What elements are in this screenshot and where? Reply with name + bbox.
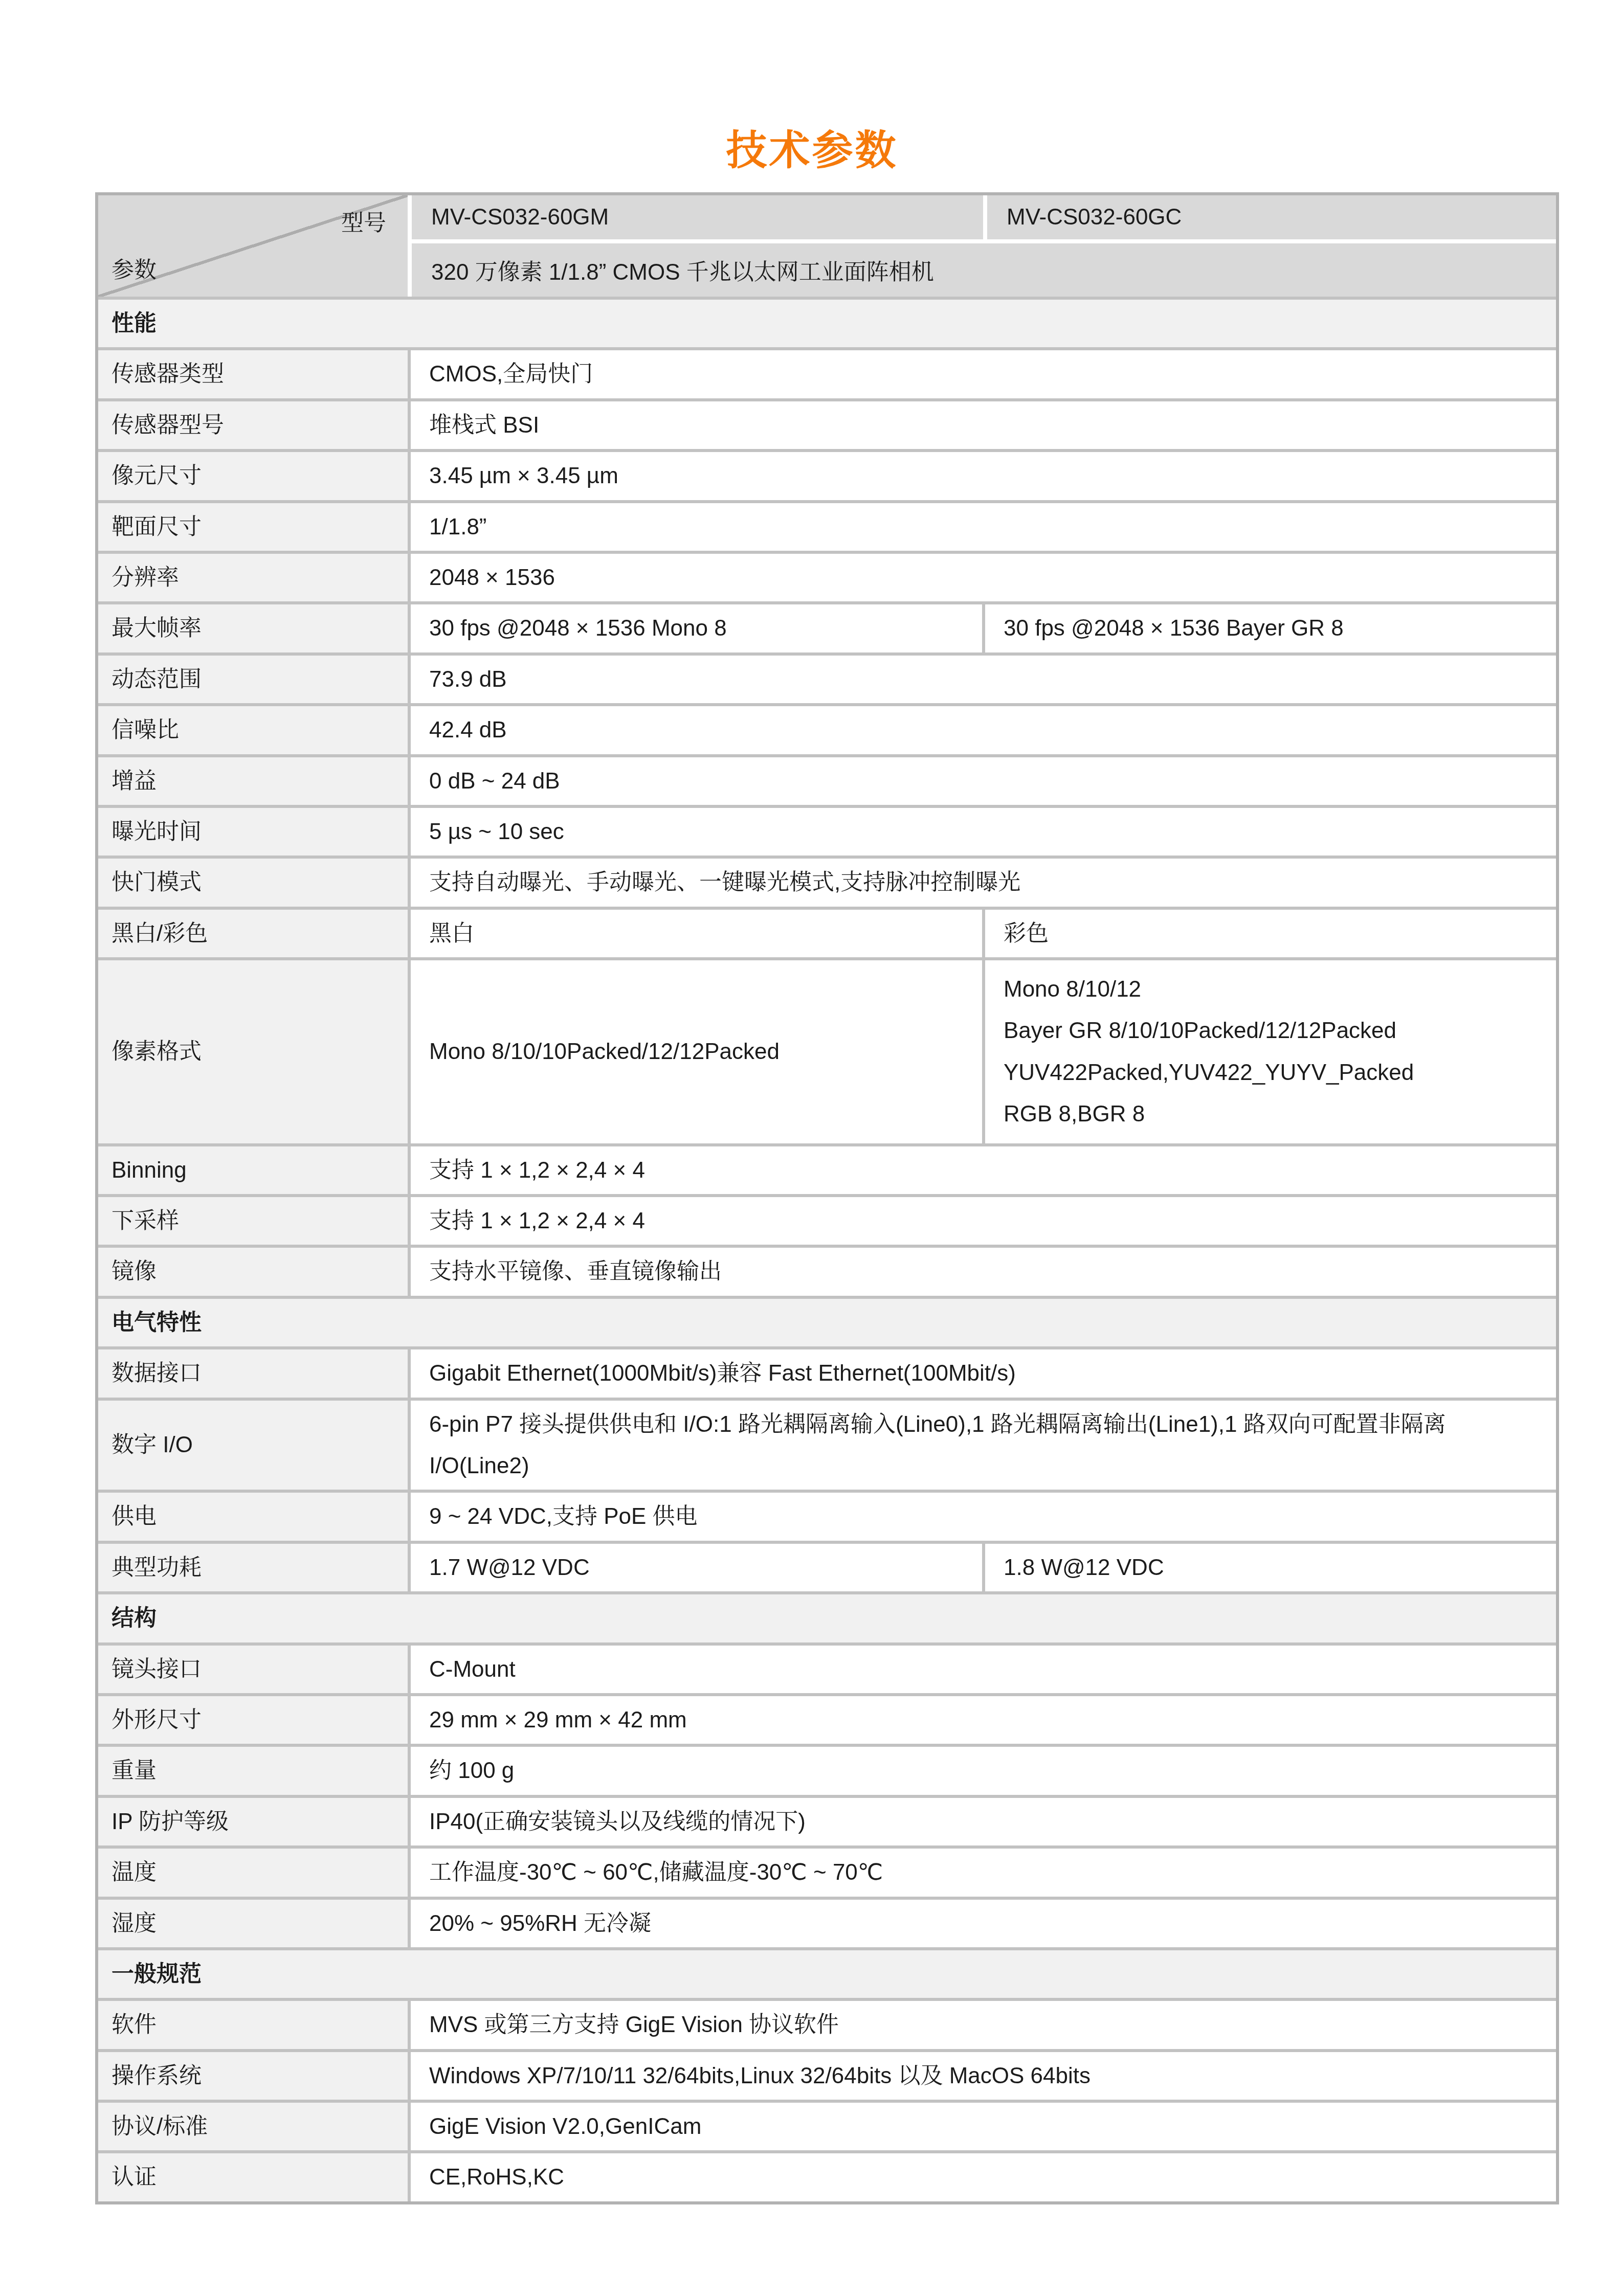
table-body: 性能传感器类型CMOS,全局快门传感器型号堆栈式 BSI像元尺寸3.45 µm … bbox=[98, 297, 1556, 2201]
spec-row-label: 外形尺寸 bbox=[98, 1696, 408, 1744]
spec-row-label: 传感器类型 bbox=[98, 350, 408, 398]
spec-row-value: 堆栈式 BSI bbox=[411, 401, 1556, 449]
spec-row-label: 下采样 bbox=[98, 1197, 408, 1245]
spec-row-label: 像素格式 bbox=[98, 960, 408, 1143]
spec-row-label: 湿度 bbox=[98, 1900, 408, 1947]
header-model-gc: MV-CS032-60GC bbox=[987, 195, 1556, 239]
spec-row-label: 协议/标准 bbox=[98, 2103, 408, 2150]
spec-row-label: 传感器型号 bbox=[98, 401, 408, 449]
header-corner-param-label: 参数 bbox=[112, 252, 157, 284]
spec-row-label: 操作系统 bbox=[98, 2052, 408, 2100]
spec-row-value: 42.4 dB bbox=[411, 706, 1556, 754]
spec-row-value-gm: 1.7 W@12 VDC bbox=[411, 1544, 982, 1591]
header-corner-cell: 型号 参数 bbox=[98, 195, 408, 297]
spec-row-value-gm: 30 fps @2048 × 1536 Mono 8 bbox=[411, 604, 982, 652]
spec-row-label: 分辨率 bbox=[98, 554, 408, 601]
spec-row-label: IP 防护等级 bbox=[98, 1798, 408, 1845]
spec-row-label: 典型功耗 bbox=[98, 1544, 408, 1591]
spec-row-label: 黑白/彩色 bbox=[98, 910, 408, 957]
spec-row-value: GigE Vision V2.0,GenICam bbox=[411, 2103, 1556, 2150]
spec-row-value-gc: Mono 8/10/12 Bayer GR 8/10/10Packed/12/1… bbox=[985, 960, 1556, 1143]
spec-row-value: 6-pin P7 接头提供供电和 I/O:1 路光耦隔离输入(Line0),1 … bbox=[411, 1401, 1556, 1490]
header-model-gm: MV-CS032-60GM bbox=[412, 195, 983, 239]
section-header: 结构 bbox=[98, 1594, 1556, 1642]
spec-row-value: CE,RoHS,KC bbox=[411, 2153, 1556, 2201]
spec-row-label: 像元尺寸 bbox=[98, 452, 408, 500]
spec-row-label: 软件 bbox=[98, 2001, 408, 2049]
spec-row-value: Gigabit Ethernet(1000Mbit/s)兼容 Fast Ethe… bbox=[411, 1349, 1556, 1397]
spec-row-value: 9 ~ 24 VDC,支持 PoE 供电 bbox=[411, 1493, 1556, 1540]
section-header: 电气特性 bbox=[98, 1299, 1556, 1346]
spec-row-label: 认证 bbox=[98, 2153, 408, 2201]
spec-row-value: 0 dB ~ 24 dB bbox=[411, 757, 1556, 805]
spec-row-value: CMOS,全局快门 bbox=[411, 350, 1556, 398]
spec-row-label: 增益 bbox=[98, 757, 408, 805]
spec-row-value: 73.9 dB bbox=[411, 656, 1556, 703]
spec-row-value: 支持自动曝光、手动曝光、一键曝光模式,支持脉冲控制曝光 bbox=[411, 859, 1556, 906]
spec-row-value: MVS 或第三方支持 GigE Vision 协议软件 bbox=[411, 2001, 1556, 2049]
section-header: 性能 bbox=[98, 300, 1556, 347]
spec-row-value-gc: 1.8 W@12 VDC bbox=[985, 1544, 1556, 1591]
spec-row-label: 最大帧率 bbox=[98, 604, 408, 652]
spec-row-value: 5 µs ~ 10 sec bbox=[411, 808, 1556, 856]
spec-row-value-gc: 彩色 bbox=[985, 910, 1556, 957]
section-header: 一般规范 bbox=[98, 1950, 1556, 1998]
spec-row-label: 镜头接口 bbox=[98, 1646, 408, 1693]
spec-row-value-gm: Mono 8/10/10Packed/12/12Packed bbox=[411, 960, 982, 1143]
spec-row-label: 温度 bbox=[98, 1849, 408, 1896]
table-header: 型号 参数 MV-CS032-60GM MV-CS032-60GC 320 万像… bbox=[98, 195, 1556, 297]
spec-row-value: 1/1.8” bbox=[411, 503, 1556, 551]
spec-row-value: 约 100 g bbox=[411, 1747, 1556, 1794]
page-title: 技术参数 bbox=[0, 128, 1624, 173]
spec-row-label: 曝光时间 bbox=[98, 808, 408, 856]
spec-row-label: 镜像 bbox=[98, 1248, 408, 1295]
datasheet-page: 技术参数 型号 参数 MV-CS032-60GM MV-CS032-60GC 3… bbox=[0, 0, 1624, 2296]
spec-row-value: 支持 1 × 1,2 × 2,4 × 4 bbox=[411, 1146, 1556, 1194]
spec-table: 型号 参数 MV-CS032-60GM MV-CS032-60GC 320 万像… bbox=[95, 192, 1559, 2204]
spec-row-value-gc: 30 fps @2048 × 1536 Bayer GR 8 bbox=[985, 604, 1556, 652]
spec-row-label: 快门模式 bbox=[98, 859, 408, 906]
spec-row-value: Windows XP/7/10/11 32/64bits,Linux 32/64… bbox=[411, 2052, 1556, 2100]
header-product-description: 320 万像素 1/1.8” CMOS 千兆以太网工业面阵相机 bbox=[412, 243, 1556, 297]
spec-row-value: 支持水平镜像、垂直镜像输出 bbox=[411, 1248, 1556, 1295]
spec-row-label: 动态范围 bbox=[98, 656, 408, 703]
spec-row-value: 2048 × 1536 bbox=[411, 554, 1556, 601]
spec-row-label: 信噪比 bbox=[98, 706, 408, 754]
spec-row-value: 20% ~ 95%RH 无冷凝 bbox=[411, 1900, 1556, 1947]
spec-row-label: Binning bbox=[98, 1146, 408, 1194]
spec-row-label: 重量 bbox=[98, 1747, 408, 1794]
spec-row-value: 工作温度-30℃ ~ 60℃,储藏温度-30℃ ~ 70℃ bbox=[411, 1849, 1556, 1896]
spec-row-value: 支持 1 × 1,2 × 2,4 × 4 bbox=[411, 1197, 1556, 1245]
header-corner-model-label: 型号 bbox=[341, 205, 386, 237]
spec-row-value: IP40(正确安装镜头以及线缆的情况下) bbox=[411, 1798, 1556, 1845]
spec-row-label: 供电 bbox=[98, 1493, 408, 1540]
spec-row-label: 靶面尺寸 bbox=[98, 503, 408, 551]
spec-row-value: C-Mount bbox=[411, 1646, 1556, 1693]
spec-row-value: 29 mm × 29 mm × 42 mm bbox=[411, 1696, 1556, 1744]
spec-row-label: 数据接口 bbox=[98, 1349, 408, 1397]
spec-row-value-gm: 黑白 bbox=[411, 910, 982, 957]
spec-row-label: 数字 I/O bbox=[98, 1401, 408, 1490]
spec-row-value: 3.45 µm × 3.45 µm bbox=[411, 452, 1556, 500]
